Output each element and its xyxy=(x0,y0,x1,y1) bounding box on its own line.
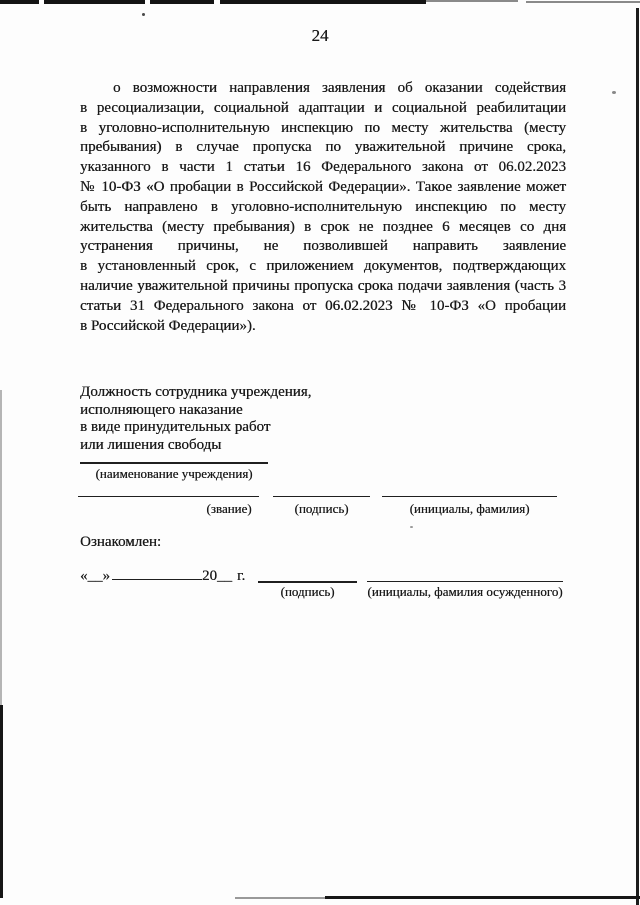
signature-caption: (подпись) xyxy=(273,502,370,515)
paragraph-line: устранения причины, не позволившей напра… xyxy=(80,237,566,257)
paragraph-line: наличие уважительной причины пропуска ср… xyxy=(80,277,566,297)
signer-position-line: исполняющего наказание xyxy=(80,402,410,420)
paragraph-line: в ресоциализации, социальной адаптации и… xyxy=(80,99,566,119)
signer-position-line: в виде принудительных работ xyxy=(80,419,410,437)
initials-caption: (инициалы, фамилия) xyxy=(382,502,557,515)
convict-signature-caption: (подпись) xyxy=(258,585,357,598)
institution-caption: (наименование учреждения) xyxy=(80,467,268,480)
signer-position-line: или лишения свободы xyxy=(80,437,410,455)
scan-edge-top-thin-2 xyxy=(526,1,640,3)
scan-edge-top-thick xyxy=(0,0,426,4)
paragraph-line: быть направлено в уголовно-исполнительну… xyxy=(80,198,566,218)
initials-fill-line xyxy=(382,496,557,498)
date-day-blank: «__» xyxy=(80,568,110,585)
main-paragraph: о возможности направления заявления об о… xyxy=(80,79,566,336)
paragraph-line: жительства (месту пребывания) в срок не … xyxy=(80,218,566,238)
scan-edge-left-light xyxy=(0,390,2,705)
rank-fill-line xyxy=(78,496,259,498)
scan-edge-bottom-dark xyxy=(325,896,640,899)
signature-fill-line xyxy=(273,496,370,498)
scan-edge-right xyxy=(636,8,639,905)
convict-initials-fill-line xyxy=(367,581,563,583)
signer-position-block: Должность сотрудника учреждения, исполня… xyxy=(80,384,410,455)
paragraph-line: № 10-ФЗ «О пробации в Российской Федерац… xyxy=(80,178,566,198)
date-row: «__» 20__ г. xyxy=(80,566,245,585)
paragraph-line: в установленный срок, с приложением доку… xyxy=(80,257,566,277)
institution-fill-line xyxy=(80,462,268,464)
paragraph-line: статьи 31 Федерального закона от 06.02.2… xyxy=(80,297,566,317)
rank-caption: (звание) xyxy=(169,502,289,515)
paragraph-line: пребывания) в случае пропуска по уважите… xyxy=(80,138,566,158)
paragraph-line: в уголовно-исполнительную инспекцию по м… xyxy=(80,119,566,139)
convict-initials-caption: (инициалы, фамилия осужденного) xyxy=(355,585,575,598)
page-number: 24 xyxy=(0,26,640,46)
acknowledged-label: Ознакомлен: xyxy=(80,534,161,551)
signer-position-line: Должность сотрудника учреждения, xyxy=(80,384,410,402)
date-month-fill-line xyxy=(112,566,202,580)
scan-speck xyxy=(142,13,145,16)
scan-speck xyxy=(410,526,413,528)
date-era-label: г. xyxy=(237,568,245,585)
scan-edge-left-dark xyxy=(0,705,3,898)
scan-edge-top-thin xyxy=(426,0,518,2)
date-year-blank: 20__ xyxy=(202,568,232,585)
paragraph-line: о возможности направления заявления об о… xyxy=(80,79,566,99)
scan-speck xyxy=(612,91,616,94)
convict-signature-fill-line xyxy=(258,581,357,583)
scan-edge-bottom-light xyxy=(235,897,330,899)
paragraph-line: указанного в части 1 статьи 16 Федеральн… xyxy=(80,158,566,178)
paragraph-line: в Российской Федерации»). xyxy=(80,317,566,337)
